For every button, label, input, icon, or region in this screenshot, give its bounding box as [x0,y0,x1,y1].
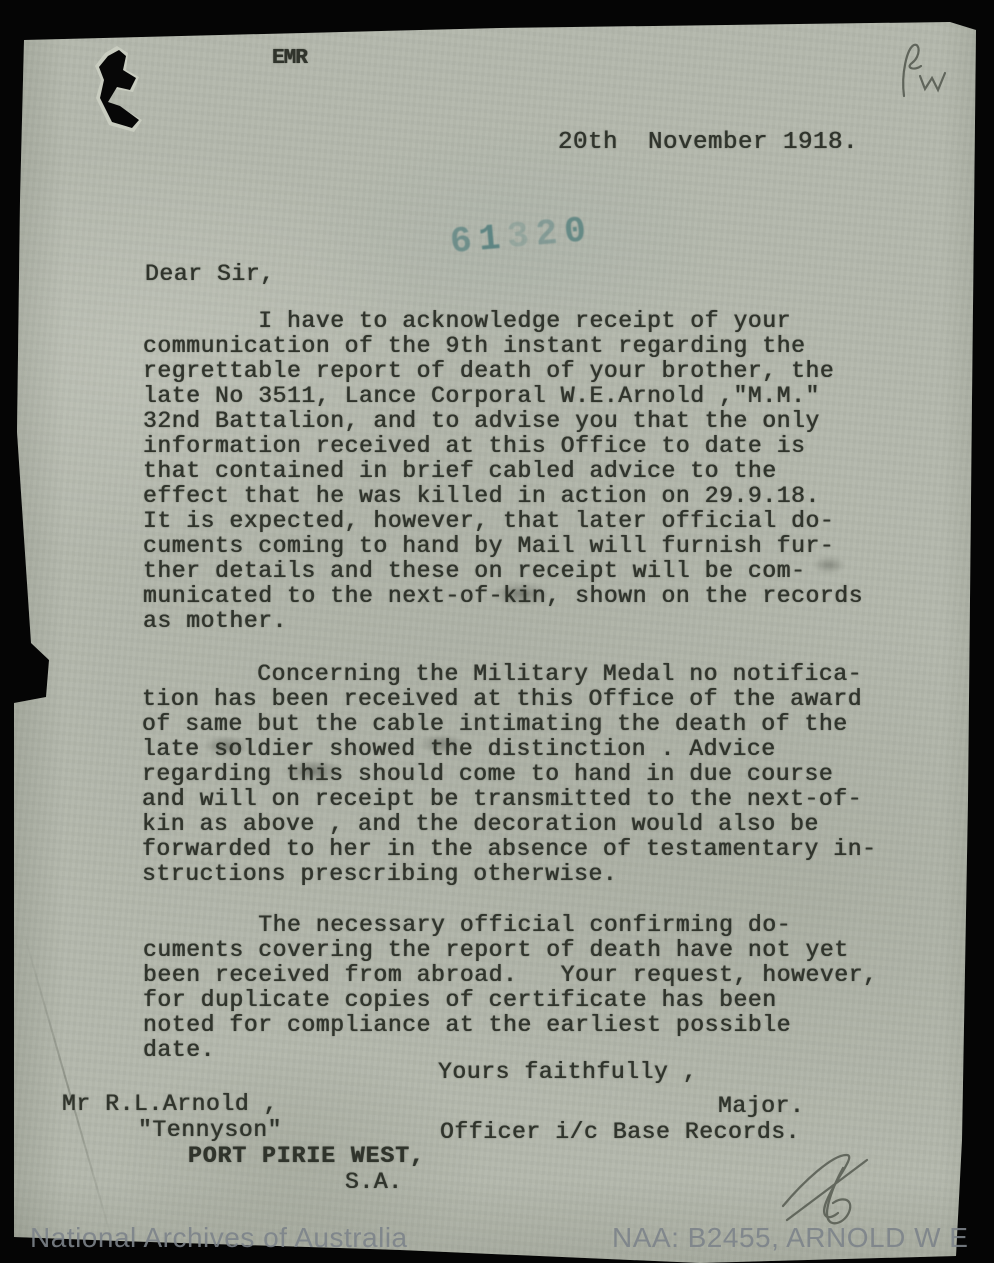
typed-line: as mother. [143,609,863,634]
typed-line: for duplicate copies of certificate has … [143,988,878,1013]
typed-line: Concerning the Military Medal no notific… [142,662,877,687]
signature-rank: Major. [718,1094,804,1119]
typed-line: cuments coming to hand by Mail will furn… [143,534,863,559]
typed-line: communication of the 9th instant regardi… [143,334,863,359]
archive-watermark-right: NAA: B2455, ARNOLD W E [612,1222,968,1254]
typist-initials: EMR [272,46,307,71]
date-line: 20th November 1918. [558,130,858,155]
typed-line: of same but the cable intimating the dea… [142,712,877,737]
typed-line: 32nd Battalion, and to advise you that t… [143,409,863,434]
typed-line: tion has been received at this Office of… [142,687,877,712]
typed-line: and will on receipt be transmitted to th… [142,787,877,812]
typed-line: that contained in brief cabled advice to… [143,459,863,484]
stamp-digit: 0 [562,210,594,253]
valediction: Yours faithfully , [438,1060,697,1085]
typed-line: regrettable report of death of your brot… [143,359,863,384]
stamp-digit: 3 [505,215,537,258]
signature-title: Officer i/c Base Records. [440,1120,800,1145]
signature-initials-mark [775,1140,895,1230]
paragraph-3: The necessary official confirming do-cum… [143,913,878,1063]
salutation: Dear Sir, [145,262,275,287]
typed-line: It is expected, however, that later offi… [143,509,863,534]
typed-line: effect that he was killed in action on 2… [143,484,863,509]
typed-line: structions prescribing otherwise. [142,862,877,887]
typed-line: noted for compliance at the earliest pos… [143,1013,878,1038]
recipient-name: Mr R.L.Arnold , [62,1092,278,1117]
typed-line: information received at this Office to d… [143,434,863,459]
typed-line: kin as above , and the decoration would … [142,812,877,837]
torn-hole [90,40,160,140]
stamp-digit: 2 [534,212,566,255]
ink-smudge [812,556,846,574]
typed-line: The necessary official confirming do- [143,913,878,938]
typed-line: I have to acknowledge receipt of your [143,309,863,334]
ink-smudge [282,760,344,782]
typed-line: late soldier showed the distinction . Ad… [142,737,877,762]
archive-watermark-left: National Archives of Australia [30,1222,408,1254]
ink-smudge [203,736,249,756]
typed-line: cuments covering the report of death hav… [143,938,878,963]
pencil-check-mark [888,36,948,106]
stamp-digit: 1 [477,217,509,260]
typed-line: late No 3511, Lance Corporal W.E.Arnold … [143,384,863,409]
recipient-town: PORT PIRIE WEST, [188,1144,425,1169]
typed-line: ther details and these on receipt will b… [143,559,863,584]
ink-smudge [492,583,550,605]
scanned-letter-page: EMR 20th November 1918. 61320 Dear Sir, … [0,0,994,1263]
recipient-state: S.A. [345,1170,403,1195]
stamp-digit: 6 [448,220,480,263]
typed-line: forwarded to her in the absence of testa… [142,837,877,862]
ink-smudge [418,734,466,754]
typed-line: been received from abroad. Your request,… [143,963,878,988]
recipient-residence: "Tennyson" [138,1118,282,1143]
paragraph-2: Concerning the Military Medal no notific… [142,662,877,887]
typed-line: regarding this should come to hand in du… [142,762,877,787]
